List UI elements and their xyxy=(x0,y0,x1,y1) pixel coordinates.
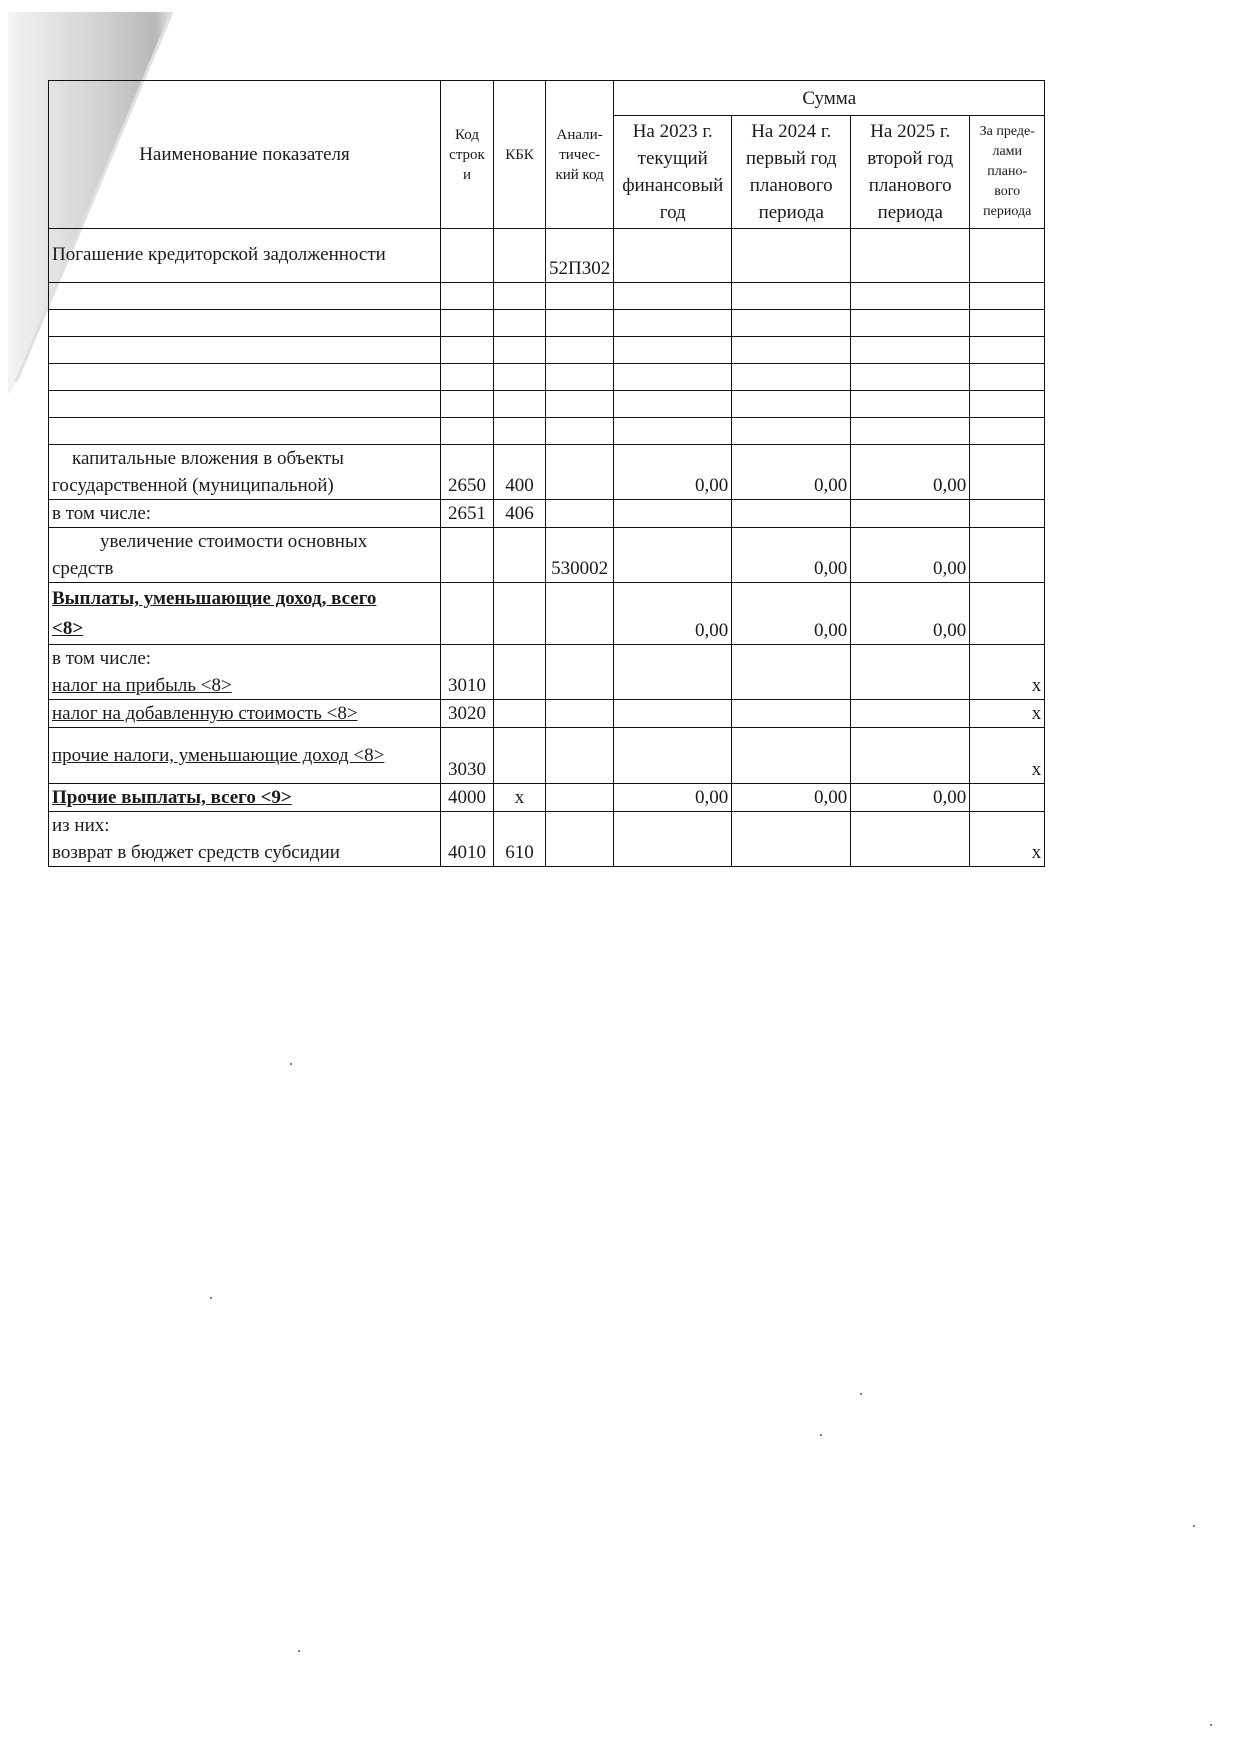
table-row xyxy=(49,337,1045,364)
table-row xyxy=(49,418,1045,445)
table-row xyxy=(49,364,1045,391)
table-row: Прочие выплаты, всего <9> 4000 x 0,00 0,… xyxy=(49,784,1045,812)
header-beyond: За преде- лами плано- вого периода xyxy=(970,116,1045,229)
financial-plan-table: Наименование показателя Код строк и КБК … xyxy=(48,80,1045,867)
header-kbk: КБК xyxy=(494,81,546,229)
table-row: увеличение стоимости основных средств 53… xyxy=(49,528,1045,583)
header-sum: Сумма xyxy=(614,81,1045,116)
table-row: прочие налоги, уменьшающие доход <8> 303… xyxy=(49,728,1045,784)
table-row: в том числе: 2651 406 xyxy=(49,500,1045,528)
header-2024: На 2024 г. первый год планового периода xyxy=(732,116,851,229)
table-row xyxy=(49,283,1045,310)
table-row xyxy=(49,310,1045,337)
table-row: Выплаты, уменьшающие доход, всего <8> 0,… xyxy=(49,583,1045,645)
table-row xyxy=(49,391,1045,418)
header-2025: На 2025 г. второй год планового периода xyxy=(851,116,970,229)
table-row: налог на добавленную стоимость <8> 3020 … xyxy=(49,700,1045,728)
table-row: из них: возврат в бюджет средств субсиди… xyxy=(49,812,1045,867)
header-name: Наименование показателя xyxy=(49,81,441,229)
table-row: капитальные вложения в объекты государст… xyxy=(49,445,1045,500)
header-analytic: Анали- тичес- кий код xyxy=(546,81,614,229)
header-code: Код строк и xyxy=(441,81,494,229)
table-row: Погашение кредиторской задолженности 52П… xyxy=(49,229,1045,283)
header-2023: На 2023 г. текущий финансовый год xyxy=(614,116,732,229)
table-row: в том числе: налог на прибыль <8> 3010 x xyxy=(49,645,1045,700)
